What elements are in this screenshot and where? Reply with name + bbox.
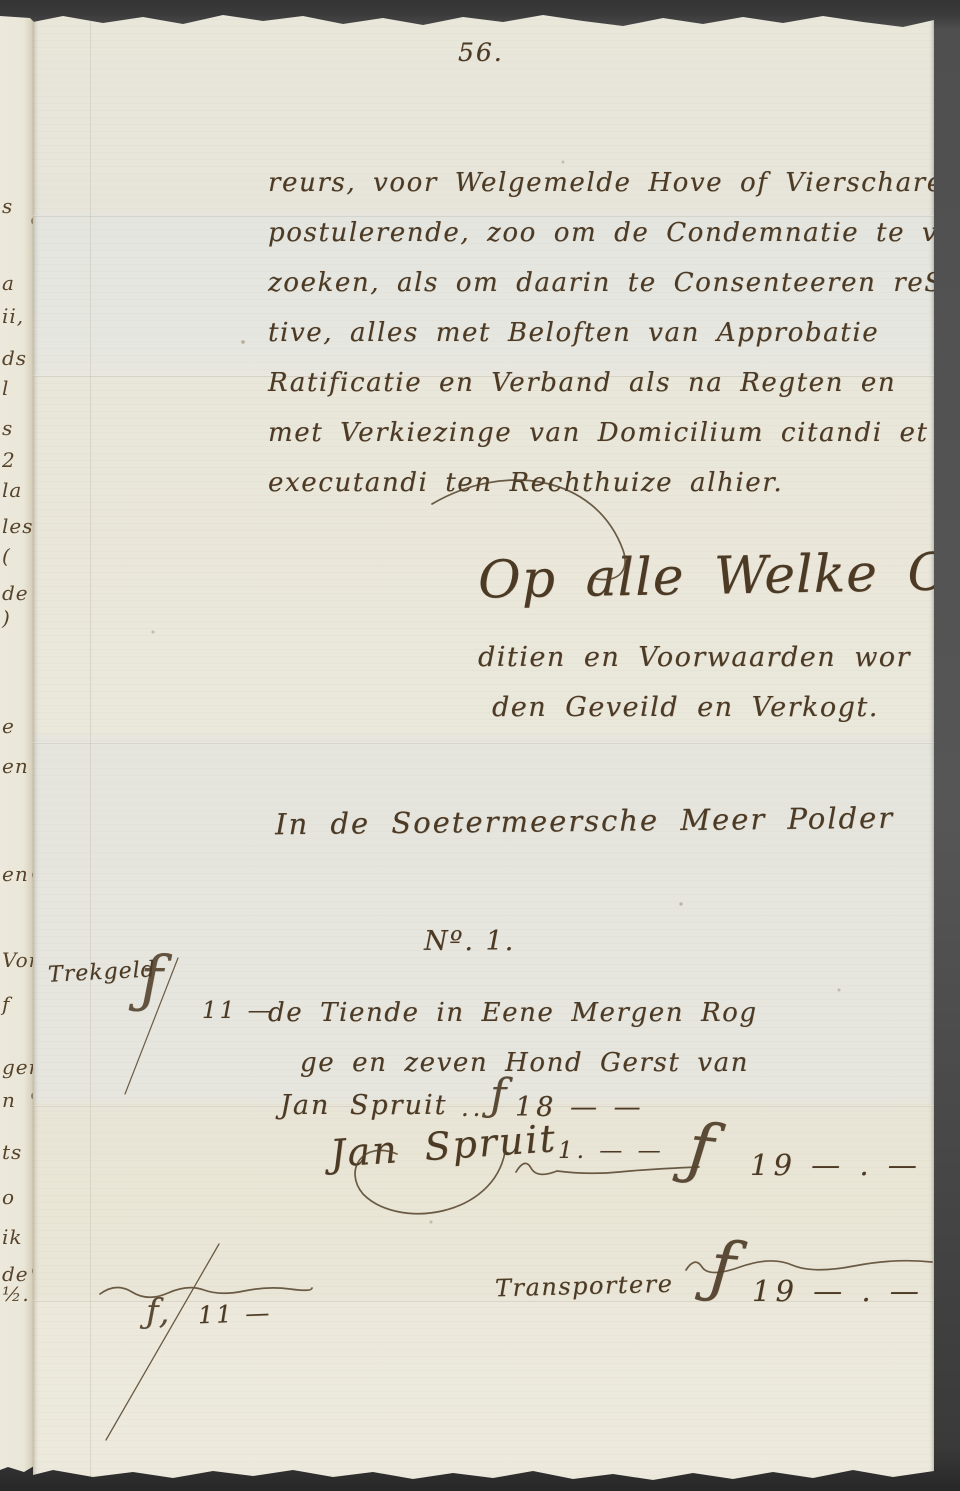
page-edge-fragment: ds [2, 346, 27, 370]
transport-amount: 19 — . — [752, 1274, 924, 1308]
raise-amount: 1. — — [558, 1138, 665, 1164]
page-edge-fragment: gen, [2, 1055, 34, 1079]
page-edge-fragment: la [2, 478, 22, 502]
squiggle-rule [100, 1287, 312, 1297]
page-edge-fragment: f [2, 992, 10, 1016]
diagonal-slash [106, 1244, 219, 1440]
bidder-name: Jan Spruit [280, 1090, 447, 1121]
florin-sign: ƒ [490, 1070, 506, 1121]
body-line: postulerende, zoo om de Condemnatie te v… [268, 218, 960, 268]
body-line: tive, alles met Beloften van Approbatie [268, 318, 960, 368]
page-edge-fragment: e [2, 714, 15, 738]
page-edge-fragment: en [2, 754, 29, 778]
florin-sign: ƒ [140, 942, 163, 1015]
page-edge-fragment: s [2, 194, 13, 218]
page-edge-fragment: n [2, 1088, 16, 1112]
squiggle-rule [516, 1163, 699, 1174]
page-edge-fragment: en [2, 862, 29, 886]
section-heading: In de Soetermeersche Meer Polder [275, 801, 894, 841]
entry-line: de Tiende in Eene Mergen Rog [268, 998, 758, 1028]
page-edge-fragment: ½. [2, 1282, 30, 1306]
fold-crease [33, 742, 934, 744]
margin-amount: 11 — [202, 998, 274, 1024]
buyer-name: Jan Spruit [329, 1116, 558, 1176]
closing-line: ditien en Voorwaarden wor [478, 642, 911, 673]
page-number: 56. [458, 38, 504, 67]
vertical-fold-crease [90, 12, 92, 1481]
page-edge-fragment: ik [2, 1225, 23, 1249]
entry-line: ge en zeven Hond Gerst van [300, 1048, 749, 1078]
page-edge-fragment: l [2, 376, 9, 400]
page-edge-fragment: ( [2, 544, 11, 568]
page-edge-fragment: ) [2, 606, 11, 630]
sum-total: 11 — [198, 1299, 273, 1330]
page-edge-fragment: o [2, 1185, 15, 1209]
florin-sign: ƒ, [146, 1292, 169, 1332]
body-paragraph: reurs, voor Welgemelde Hove of Vierschar… [268, 168, 960, 518]
main-page: 56. reurs, voor Welgemelde Hove of Viers… [33, 12, 934, 1481]
previous-page-edge: saii,dsls2lales(de)eenenVorfgen,ntsoikde… [0, 16, 34, 1472]
body-line: executandi ten Rechthuize alhier. [268, 468, 960, 518]
closing-display-line: Op alle Welke Con [478, 541, 960, 610]
total-amount: 19 — . — [750, 1148, 922, 1182]
item-number: Nº. 1. [424, 926, 515, 957]
page-edge-fragment: 2 [2, 448, 16, 472]
page-edge-fragment: les [2, 514, 34, 538]
closing-line: den Geveild en Verkogt. [492, 692, 879, 723]
transport-label: Transportere [495, 1270, 674, 1303]
leader-dots: .. [461, 1094, 484, 1122]
body-line: zoeken, als om daarin te Consenteeren re… [268, 268, 960, 318]
body-line: Ratificatie en Verband als na Regten en [268, 368, 960, 418]
page-edge-fragment: s [2, 416, 13, 440]
body-line: met Verkiezinge van Domicilium citandi e… [268, 418, 960, 468]
page-edge-fragment: ii, [2, 304, 24, 328]
page-edge-fragment: ts [2, 1140, 22, 1164]
florin-sign: ƒ [684, 1109, 717, 1190]
page-edge-fragment: de [2, 581, 29, 605]
page-edge-fragment: Vor [2, 948, 34, 972]
page-edge-fragment: a [2, 271, 15, 295]
body-line: reurs, voor Welgemelde Hove of Vierschar… [268, 168, 960, 218]
manuscript-scan: saii,dsls2lales(de)eenenVorfgen,ntsoikde… [0, 0, 960, 1491]
florin-sign: ƒ [707, 1227, 739, 1308]
